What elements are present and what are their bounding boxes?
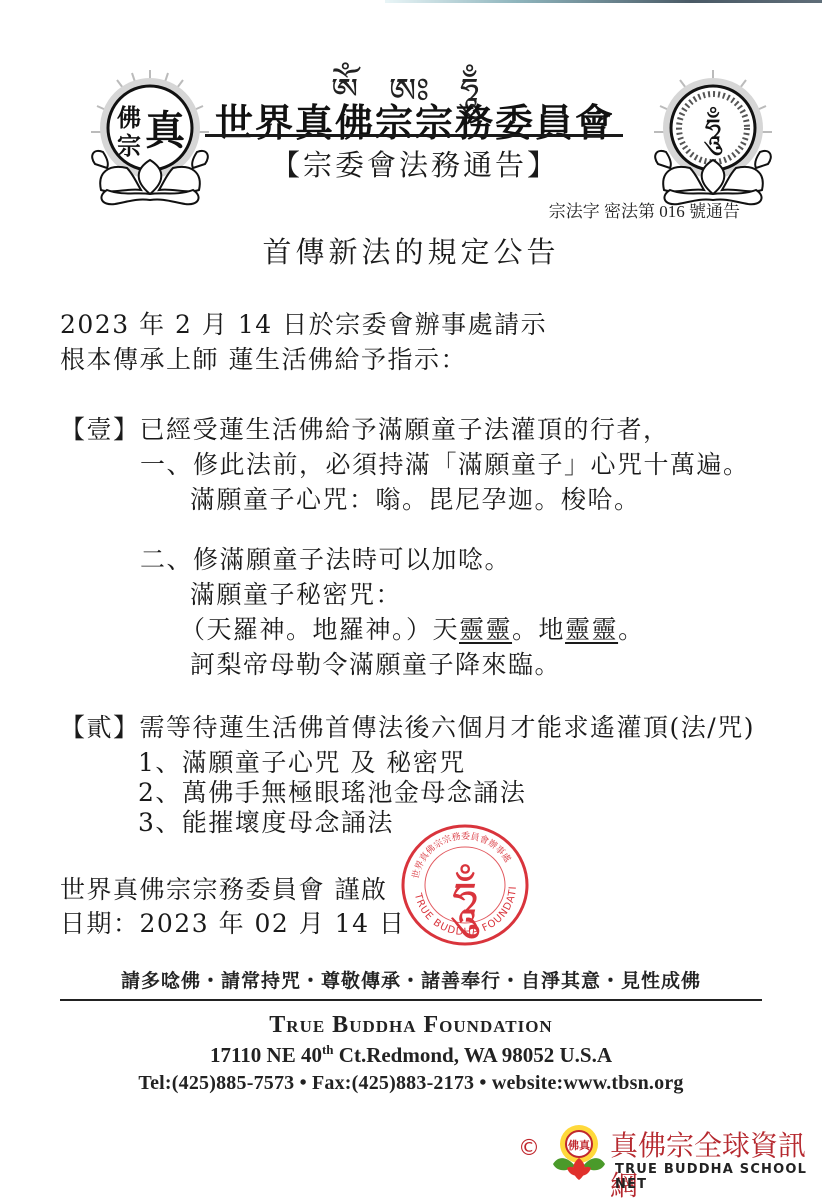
item1-label: 一、 xyxy=(140,450,193,479)
document-title: 首傳新法的規定公告 xyxy=(0,230,822,271)
notice-type: 【宗委會法務通告】 xyxy=(235,143,595,184)
foundation-address: 17110 NE 40th Ct.Redmond, WA 98052 U.S.A xyxy=(0,1042,822,1068)
foundation-name: True Buddha Foundation xyxy=(0,1012,822,1039)
secret-mantra-underlined-1: 靈靈 xyxy=(459,615,512,644)
svg-text:真: 真 xyxy=(145,108,187,154)
official-seal: 世界真佛宗宗務委員會辦事處 TRUE BUDDHA FOUNDATION ཧཱུ… xyxy=(400,823,530,947)
tbsn-name-english: TRUE BUDDHA SCHOOL NET xyxy=(615,1162,815,1192)
section2-marker: 【貳】 xyxy=(60,713,140,742)
document-number: 宗法字 密法第 016 號通告 xyxy=(549,197,740,222)
tbsn-watermark: © 佛真 真佛宗全球資訊網 TRUE BUDDHA SCHOOL NET xyxy=(515,1120,815,1190)
signature: 世界真佛宗宗務委員會 謹啟 xyxy=(60,870,387,906)
section1-item2: 二、修滿願童子法時可以加唸。 xyxy=(140,540,511,576)
section2-heading: 【貳】需等待蓮生活佛首傳法後六個月才能求遙灌頂(法/咒) xyxy=(60,708,755,744)
section2-item: 3、能摧壞度母念誦法 xyxy=(138,803,394,839)
true-buddha-emblem-right: ཧཱུྃ xyxy=(650,68,776,208)
address-ordinal: th xyxy=(322,1042,334,1057)
copyright-symbol: © xyxy=(518,1136,540,1161)
svg-text:佛真: 佛真 xyxy=(568,1138,591,1152)
address-street: 17110 NE 40 xyxy=(210,1043,322,1067)
true-buddha-emblem-left: 佛 宗 真 xyxy=(87,68,213,208)
section1-item1: 一、修此法前，必須持滿「滿願童子」心咒十萬遍。 xyxy=(140,445,750,481)
item2-label: 二、 xyxy=(140,545,193,574)
secret-mantra-label: 滿願童子秘密咒： xyxy=(190,575,402,611)
svg-text:佛: 佛 xyxy=(117,104,141,132)
secret-mantra-underlined-2: 靈靈 xyxy=(565,615,618,644)
svg-text:宗: 宗 xyxy=(117,132,141,160)
secret-mantra-closing: 訶梨帝母勒令滿願童子降來臨。 xyxy=(190,645,561,681)
scan-edge-artifact xyxy=(385,0,822,3)
footer-divider xyxy=(60,999,762,1001)
date-line: 日期：2023 年 02 月 14 日 xyxy=(60,904,405,940)
title-divider xyxy=(205,134,623,137)
section1-marker: 【壹】 xyxy=(60,415,140,444)
section1-heading-text: 已經受蓮生活佛給予滿願童子法灌頂的行者， xyxy=(140,415,670,444)
tbsn-logo-icon: 佛真 xyxy=(549,1124,609,1182)
secret-mantra-prefix: （天羅神。地羅神。）天 xyxy=(180,615,459,644)
secret-mantra-end: 。 xyxy=(618,615,645,644)
footer-slogan: 請多唸佛・請常持咒・尊敬傳承・諸善奉行・自淨其意・見性成佛 xyxy=(60,966,762,993)
secret-mantra-line: （天羅神。地羅神。）天靈靈。地靈靈。 xyxy=(180,610,645,646)
item2-text: 修滿願童子法時可以加唸。 xyxy=(193,545,511,574)
section1-heading: 【壹】已經受蓮生活佛給予滿願童子法灌頂的行者， xyxy=(60,410,670,446)
address-city: Ct.Redmond, WA 98052 U.S.A xyxy=(334,1043,613,1067)
intro-line-master: 根本傳承上師 蓮生活佛給予指示： xyxy=(60,340,467,376)
section2-heading-text: 需等待蓮生活佛首傳法後六個月才能求遙灌頂(法/咒) xyxy=(140,713,755,742)
organization-title: 世界真佛宗宗務委員會 xyxy=(205,92,625,147)
foundation-contact: Tel:(425)885-7573 • Fax:(425)883-2173 • … xyxy=(0,1072,822,1095)
item1-text: 修此法前，必須持滿「滿願童子」心咒十萬遍。 xyxy=(193,450,750,479)
section1-item1-mantra: 滿願童子心咒：嗡。毘尼孕迦。梭哈。 xyxy=(190,480,641,516)
intro-line-date: 2023 年 2 月 14 日於宗委會辦事處請示 xyxy=(60,305,547,341)
secret-mantra-mid: 。地 xyxy=(512,615,565,644)
